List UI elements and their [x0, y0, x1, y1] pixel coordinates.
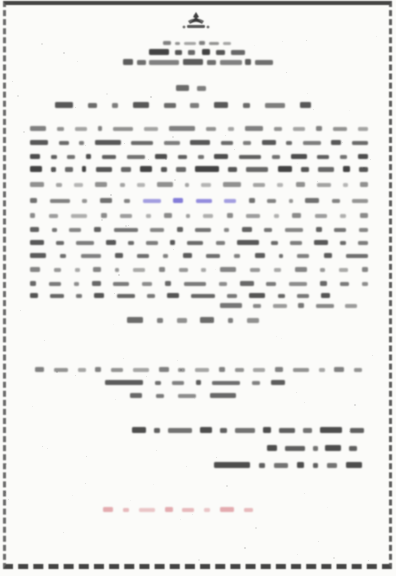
- text-word: [59, 141, 69, 145]
- text-word: [30, 182, 44, 187]
- text-word: [340, 241, 346, 245]
- text-word: [339, 268, 348, 272]
- noise-speck: [23, 131, 25, 133]
- text-word: [358, 154, 368, 159]
- text-word: [301, 167, 309, 172]
- text-word: [69, 228, 81, 232]
- text-word: [30, 213, 35, 218]
- text-word: [133, 102, 149, 108]
- text-word: [133, 268, 145, 272]
- text-word: [216, 50, 225, 55]
- text-word: [54, 268, 61, 272]
- noise-speck: [32, 406, 33, 407]
- noise-speck: [304, 402, 305, 403]
- text-word: [340, 282, 349, 286]
- text-word: [30, 240, 44, 245]
- text-word: [360, 213, 368, 218]
- noise-speck: [297, 163, 298, 164]
- text-word: [163, 254, 168, 258]
- text-word: [271, 380, 285, 385]
- body-line-1: [30, 126, 368, 131]
- text-word: [203, 214, 213, 218]
- text-word: [343, 183, 348, 187]
- text-word: [220, 267, 236, 272]
- text-word: [95, 182, 107, 187]
- text-word: [220, 60, 242, 65]
- text-word: [362, 282, 368, 286]
- noise-speck: [77, 61, 78, 62]
- text-word: [115, 268, 119, 272]
- text-word: [137, 183, 145, 187]
- text-word: [155, 381, 161, 385]
- noise-speck: [307, 93, 308, 94]
- text-word: [56, 183, 62, 187]
- text-word: [120, 214, 132, 218]
- text-word: [168, 428, 192, 433]
- text-word: [210, 393, 236, 398]
- text-word: [263, 427, 271, 433]
- text-word: [65, 167, 73, 172]
- noise-speck: [12, 81, 13, 82]
- noise-speck: [349, 110, 350, 111]
- text-word: [332, 199, 340, 203]
- noise-speck: [180, 519, 181, 520]
- text-word: [123, 59, 133, 65]
- text-word: [249, 198, 255, 203]
- text-word: [206, 127, 216, 131]
- body-line-5: [30, 182, 368, 187]
- text-word: [157, 182, 173, 187]
- text-word: [35, 367, 44, 372]
- text-word: [316, 304, 334, 308]
- noise-speck: [118, 274, 120, 276]
- text-word: [112, 103, 118, 108]
- text-word: [183, 253, 192, 258]
- text-word: [195, 368, 209, 372]
- text-word: [60, 254, 66, 258]
- text-word: [292, 213, 301, 218]
- text-word: [177, 227, 183, 232]
- stamp-red-line: [103, 507, 253, 512]
- text-word: [175, 50, 182, 55]
- text-word: [157, 318, 163, 323]
- noise-speck: [226, 485, 228, 487]
- text-word: [212, 381, 240, 385]
- text-word: [220, 303, 242, 308]
- text-word: [159, 367, 169, 372]
- text-word: [94, 227, 101, 232]
- noise-speck: [44, 340, 45, 341]
- text-word: [86, 154, 91, 159]
- text-word: [156, 394, 164, 398]
- text-word: [286, 141, 292, 145]
- text-word: [132, 427, 146, 433]
- noise-speck: [106, 93, 108, 95]
- text-word: [346, 254, 368, 258]
- text-word: [149, 49, 169, 55]
- noise-speck: [113, 324, 114, 325]
- noise-speck: [20, 310, 21, 311]
- body-line-9: [30, 240, 368, 245]
- text-word: [111, 368, 123, 372]
- text-word: [76, 241, 94, 245]
- text-word: [209, 42, 219, 45]
- noise-speck: [216, 457, 217, 458]
- text-word: [255, 60, 273, 65]
- text-word: [103, 507, 113, 512]
- subject-line: [55, 102, 311, 108]
- noise-speck: [372, 355, 373, 356]
- body-line-6: [30, 198, 368, 203]
- text-word: [30, 281, 36, 286]
- text-word: [165, 281, 171, 286]
- text-word: [161, 167, 167, 172]
- noise-speck: [173, 249, 174, 250]
- text-word: [185, 183, 189, 187]
- text-word: [315, 214, 327, 218]
- hyperlink-text[interactable]: [224, 199, 236, 203]
- closing-center-line: [127, 317, 259, 323]
- text-word: [164, 213, 172, 218]
- text-word: [198, 155, 204, 159]
- text-word: [314, 240, 328, 245]
- text-word: [247, 318, 259, 323]
- noise-speck: [146, 376, 147, 377]
- text-word: [49, 214, 58, 218]
- text-word: [246, 167, 268, 172]
- text-word: [101, 213, 107, 218]
- hyperlink-text[interactable]: [196, 199, 212, 203]
- text-word: [250, 268, 260, 272]
- noise-speck: [318, 541, 319, 542]
- text-word: [354, 368, 362, 372]
- text-word: [320, 281, 327, 286]
- text-word: [227, 294, 237, 298]
- text-word: [137, 254, 149, 258]
- text-word: [127, 155, 145, 159]
- text-word: [140, 166, 152, 172]
- text-word: [297, 254, 309, 258]
- noise-speck: [101, 219, 103, 221]
- noise-speck: [150, 96, 152, 98]
- text-word: [95, 367, 101, 372]
- text-word: [79, 141, 84, 145]
- text-word: [75, 268, 80, 272]
- text-word: [100, 198, 112, 203]
- text-word: [30, 227, 39, 232]
- body-line-4: [30, 166, 368, 172]
- text-word: [113, 282, 129, 286]
- text-word: [57, 127, 64, 131]
- text-word: [289, 282, 307, 286]
- text-word: [30, 154, 40, 159]
- text-word: [346, 462, 362, 468]
- text-word: [293, 127, 305, 131]
- noise-speck: [313, 109, 314, 110]
- text-word: [214, 102, 228, 108]
- text-word: [359, 228, 368, 232]
- text-word: [201, 268, 206, 272]
- noise-speck: [368, 560, 369, 561]
- text-word: [317, 155, 329, 159]
- text-word: [316, 227, 322, 232]
- text-word: [297, 462, 304, 468]
- text-word: [176, 167, 186, 172]
- text-word: [246, 214, 260, 218]
- text-word: [274, 214, 279, 218]
- text-word: [95, 140, 121, 145]
- text-word: [279, 428, 295, 433]
- text-word: [303, 428, 312, 433]
- text-word: [343, 166, 350, 172]
- noise-speck: [115, 399, 116, 400]
- text-word: [253, 368, 265, 372]
- text-word: [362, 267, 368, 272]
- body-line-8: [30, 227, 368, 232]
- text-word: [54, 368, 68, 372]
- noise-speck: [198, 559, 200, 561]
- text-word: [265, 103, 285, 108]
- text-word: [124, 199, 130, 203]
- text-word: [51, 167, 56, 172]
- text-word: [316, 126, 322, 131]
- text-word: [267, 199, 276, 203]
- noise-speck: [174, 179, 176, 181]
- text-word: [249, 293, 265, 298]
- noise-speck: [376, 36, 377, 37]
- text-word: [214, 462, 250, 468]
- text-word: [303, 141, 321, 145]
- text-word: [206, 254, 220, 258]
- text-word: [51, 155, 57, 159]
- noise-speck: [333, 557, 335, 559]
- text-word: [177, 318, 187, 323]
- text-word: [88, 103, 97, 108]
- text-word: [30, 267, 40, 272]
- text-word: [164, 103, 176, 108]
- text-word: [75, 127, 87, 131]
- text-word: [204, 508, 210, 512]
- text-word: [320, 268, 325, 272]
- text-word: [163, 41, 171, 45]
- text-word: [144, 127, 158, 131]
- signature-line-1: [132, 427, 364, 433]
- text-word: [333, 127, 347, 131]
- noise-speck: [370, 159, 371, 160]
- noise-speck: [41, 43, 43, 45]
- noise-speck: [128, 225, 129, 226]
- noise-speck: [17, 95, 19, 97]
- noise-speck: [244, 547, 246, 549]
- text-word: [165, 507, 173, 512]
- text-word: [349, 446, 357, 451]
- text-word: [139, 508, 155, 512]
- text-word: [219, 367, 225, 372]
- text-word: [191, 294, 215, 298]
- text-word: [30, 253, 46, 258]
- national-emblem-logo: [174, 11, 218, 41]
- text-word: [228, 127, 234, 131]
- text-word: [130, 393, 142, 398]
- text-word: [169, 126, 195, 131]
- text-word: [201, 183, 211, 187]
- text-word: [267, 445, 277, 451]
- noise-speck: [123, 358, 124, 359]
- text-word: [56, 241, 64, 245]
- noise-speck: [63, 52, 65, 54]
- text-word: [49, 282, 61, 286]
- text-word: [172, 381, 184, 385]
- text-word: [197, 86, 206, 91]
- text-word: [228, 318, 233, 323]
- text-word: [227, 213, 233, 218]
- signature-line-3: [214, 462, 362, 468]
- text-word: [30, 126, 46, 131]
- text-word: [274, 463, 288, 468]
- text-word: [30, 293, 38, 298]
- text-word: [285, 446, 305, 451]
- text-word: [285, 228, 303, 232]
- text-word: [176, 85, 189, 91]
- text-word: [207, 60, 216, 65]
- text-word: [237, 240, 259, 245]
- letterhead-bold-line: [149, 49, 245, 55]
- text-word: [96, 167, 112, 172]
- hyperlink-text[interactable]: [173, 198, 183, 203]
- text-word: [155, 154, 167, 159]
- noise-speck: [186, 466, 187, 467]
- text-word: [340, 155, 347, 159]
- text-word: [128, 241, 134, 245]
- noise-speck: [296, 392, 297, 393]
- letterhead-small-line: [163, 41, 231, 45]
- text-word: [71, 214, 87, 218]
- noise-speck: [255, 527, 257, 529]
- text-word: [113, 127, 133, 131]
- text-word: [30, 140, 48, 145]
- text-word: [305, 198, 319, 203]
- scanned-document-page: [0, 0, 396, 576]
- text-word: [127, 317, 143, 323]
- text-word: [253, 183, 265, 187]
- text-word: [242, 227, 252, 232]
- text-word: [295, 267, 307, 272]
- noise-speck: [276, 336, 277, 337]
- text-word: [52, 228, 57, 232]
- text-word: [81, 254, 101, 258]
- noise-speck: [282, 41, 283, 42]
- noise-speck: [156, 450, 157, 451]
- body-line-11: [30, 267, 368, 272]
- text-word: [279, 254, 283, 258]
- text-word: [147, 294, 155, 298]
- text-word: [200, 317, 214, 323]
- noise-speck: [42, 446, 43, 447]
- text-word: [202, 49, 210, 55]
- text-word: [178, 368, 185, 372]
- body-line-12: [30, 281, 368, 286]
- text-word: [325, 445, 341, 451]
- text-word: [164, 141, 180, 145]
- text-word: [231, 50, 245, 55]
- text-word: [183, 59, 203, 65]
- text-word: [320, 427, 342, 433]
- text-word: [239, 155, 261, 159]
- noise-speck: [304, 493, 305, 494]
- text-word: [324, 253, 332, 258]
- text-word: [318, 167, 334, 172]
- text-word: [50, 294, 64, 298]
- text-word: [170, 240, 175, 245]
- text-word: [319, 368, 325, 372]
- text-word: [352, 199, 368, 203]
- date-mark: [176, 85, 206, 91]
- note-line-1: [35, 367, 362, 372]
- text-word: [106, 240, 116, 245]
- text-word: [146, 214, 151, 218]
- body-line-3: [30, 154, 368, 159]
- text-word: [274, 268, 281, 272]
- text-word: [175, 42, 180, 45]
- text-word: [262, 140, 276, 145]
- text-word: [55, 102, 73, 108]
- text-word: [317, 183, 331, 187]
- text-word: [223, 182, 241, 187]
- text-word: [290, 241, 302, 245]
- noise-speck: [47, 448, 48, 449]
- text-word: [30, 198, 37, 203]
- text-word: [123, 508, 129, 512]
- text-word: [359, 167, 368, 172]
- text-word: [245, 59, 251, 65]
- body-line-2: [30, 140, 368, 145]
- text-word: [133, 368, 149, 372]
- noise-speck: [281, 338, 282, 339]
- text-word: [240, 281, 254, 286]
- text-word: [224, 228, 229, 232]
- text-word: [131, 141, 153, 145]
- text-word: [190, 103, 199, 108]
- text-word: [313, 463, 318, 468]
- text-word: [274, 127, 282, 131]
- text-word: [82, 166, 86, 172]
- text-word: [228, 167, 237, 172]
- text-word: [334, 367, 344, 372]
- noise-speck: [72, 495, 73, 496]
- text-word: [200, 427, 212, 433]
- text-word: [278, 166, 292, 172]
- text-word: [195, 166, 219, 172]
- text-word: [244, 508, 253, 512]
- text-word: [182, 508, 194, 512]
- noise-speck: [192, 514, 193, 515]
- noise-speck: [5, 492, 6, 493]
- text-word: [291, 154, 307, 159]
- text-word: [340, 214, 346, 218]
- text-word: [243, 103, 250, 108]
- text-word: [275, 367, 283, 372]
- text-word: [293, 368, 309, 372]
- text-word: [150, 228, 164, 232]
- text-word: [121, 167, 131, 172]
- text-word: [253, 304, 261, 308]
- text-word: [115, 253, 123, 258]
- text-word: [142, 282, 152, 286]
- hyperlink-text[interactable]: [143, 199, 161, 203]
- text-word: [296, 182, 305, 187]
- text-word: [266, 282, 276, 286]
- closing-right-line: [220, 303, 357, 308]
